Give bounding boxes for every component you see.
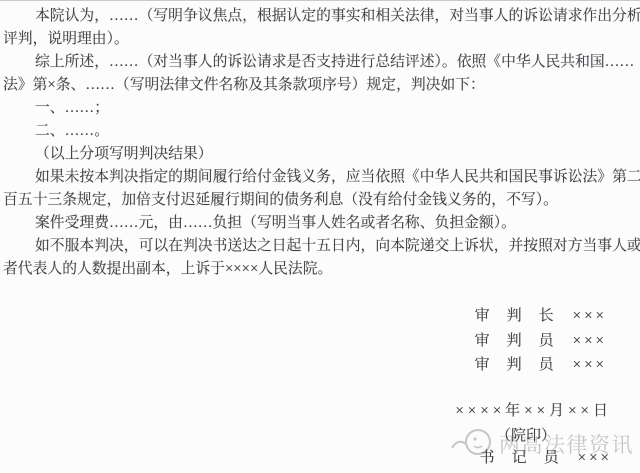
body-line: 二、……。 xyxy=(3,120,639,143)
body-line: 如不服本判决，可以在判决书送达之日起十五日内，向本院递交上诉状，并按照对方当事人… xyxy=(3,235,639,258)
signature-block: 审 判 长××× 审 判 员××× 审 判 员××× xyxy=(475,304,607,378)
signature-row: 审 判 员××× xyxy=(475,329,607,354)
signature-name: ××× xyxy=(573,308,607,324)
clerk-role: 书 记 员 xyxy=(480,450,560,466)
body-line: 一、……； xyxy=(3,97,639,120)
signature-role: 审 判 员 xyxy=(475,333,555,349)
judgment-document-page: 本院认为，……（写明争议焦点，根据认定的事实和相关法律，对当事人的诉讼请求作出分… xyxy=(0,0,640,473)
body-line: 百五十三条规定，加倍支付迟延履行期间的债务利息（没有给付金钱义务的，不写）。 xyxy=(3,189,639,212)
body-line: 如果未按本判决指定的期间履行给付金钱义务，应当依照《中华人民共和国民事诉讼法》第… xyxy=(3,166,639,189)
signature-role: 审 判 长 xyxy=(475,308,555,324)
signature-name: ××× xyxy=(573,333,607,349)
signature-name: ××× xyxy=(573,357,607,373)
court-seal-note: （院印） xyxy=(496,424,556,445)
clerk-name: ××× xyxy=(578,450,612,466)
body-line: 本院认为，……（写明争议焦点，根据认定的事实和相关法律，对当事人的诉讼请求作出分… xyxy=(3,5,639,28)
body-line: （以上分项写明判决结果） xyxy=(3,143,639,166)
judgment-date: ××××年××月××日 xyxy=(455,399,612,420)
clerk-row: 书 记 员××× xyxy=(480,446,612,467)
body-line: 综上所述，……（对当事人的诉讼请求是否支持进行总结评述）。依照《中华人民共和国…… xyxy=(3,51,639,74)
signature-role: 审 判 员 xyxy=(475,357,555,373)
body-line: 案件受理费……元，由……负担（写明当事人姓名或者名称、负担金额）。 xyxy=(3,212,639,235)
body-line: 法》第×条、……（写明法律文件名称及其条款项序号）规定，判决如下： xyxy=(3,74,639,97)
signature-row: 审 判 员××× xyxy=(475,353,607,378)
body-line: 者代表人的人数提出副本，上诉于××××人民法院。 xyxy=(3,258,639,281)
judgment-body-text: 本院认为，……（写明争议焦点，根据认定的事实和相关法律，对当事人的诉讼请求作出分… xyxy=(3,5,639,281)
signature-row: 审 判 长××× xyxy=(475,304,607,329)
body-line: 评判，说明理由）。 xyxy=(3,28,639,51)
